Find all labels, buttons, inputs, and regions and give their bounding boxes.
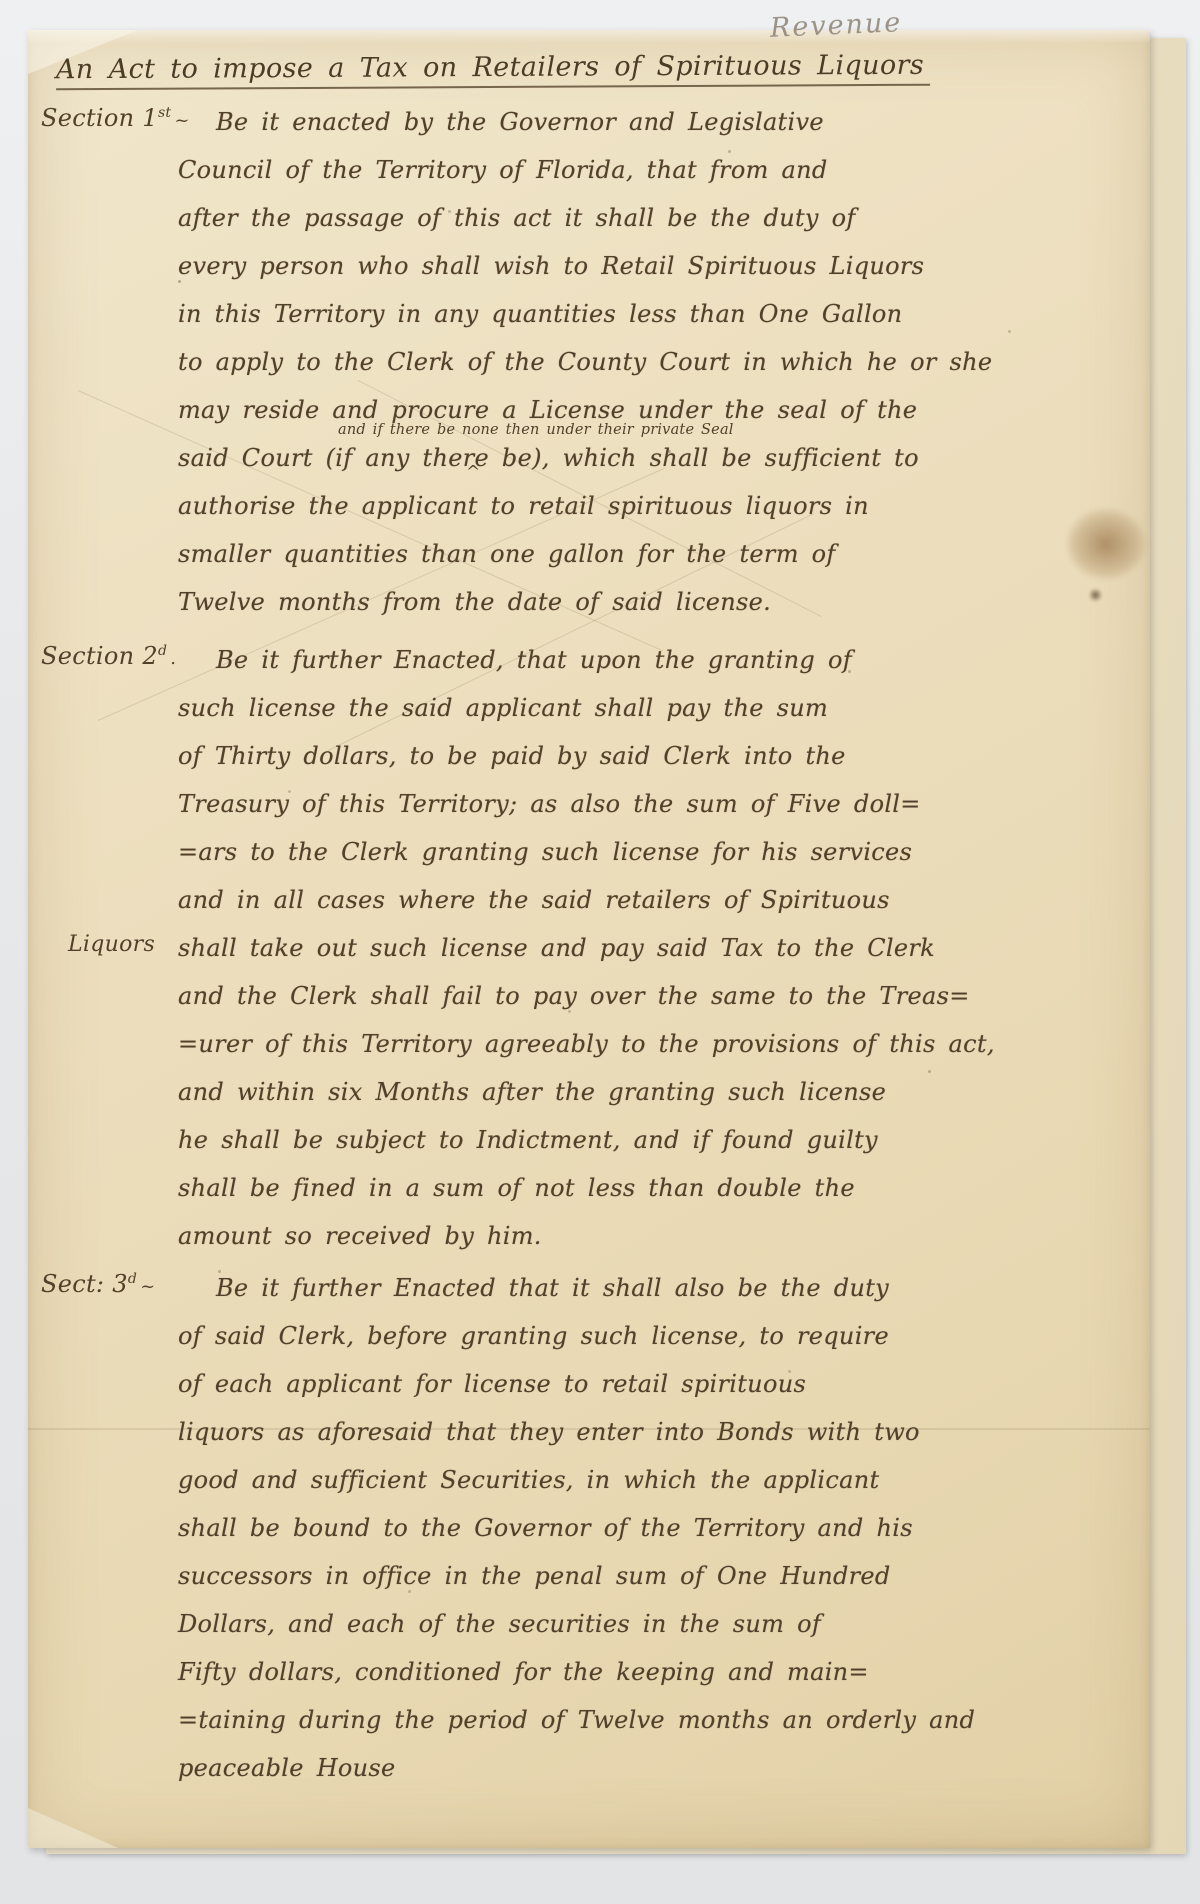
manuscript-line: and the Clerk shall fail to pay over the… <box>178 972 1150 1020</box>
manuscript-line: Be it further Enacted that it shall also… <box>178 1264 1150 1312</box>
section-label-ordinal: d <box>128 1271 137 1287</box>
manuscript-line: of Thirty dollars, to be paid by said Cl… <box>178 732 1150 780</box>
manuscript-line: of each applicant for license to retail … <box>178 1360 1150 1408</box>
manuscript-line: and within six Months after the granting… <box>178 1068 1150 1116</box>
document-title: An Act to impose a Tax on Retailers of S… <box>56 50 930 91</box>
section-label-number: 1 <box>142 104 158 132</box>
manuscript-line: amount so received by him. <box>178 1212 1150 1260</box>
manuscript-line: shall take out such license and pay said… <box>178 924 1150 972</box>
manuscript-line: Treasury of this Territory; as also the … <box>178 780 1150 828</box>
manuscript-content: An Act to impose a Tax on Retailers of S… <box>28 30 1150 1792</box>
manuscript-line: every person who shall wish to Retail Sp… <box>178 242 1150 290</box>
section-label-word: Section <box>41 104 134 132</box>
manuscript-line: Be it further Enacted, that upon the gra… <box>178 636 1150 684</box>
margin-note-liquors: Liquors <box>68 932 155 957</box>
manuscript-line: Dollars, and each of the securities in t… <box>178 1600 1150 1648</box>
manuscript-line: he shall be subject to Indictment, and i… <box>178 1116 1150 1164</box>
manuscript-line: said Court (if any there be), which shal… <box>178 434 1150 482</box>
manuscript-line: =urer of this Territory agreeably to the… <box>178 1020 1150 1068</box>
section-label-flourish: . <box>167 648 176 669</box>
section-3-lines: Be it further Enacted that it shall also… <box>178 1264 1150 1792</box>
section-label-word: Section <box>41 642 134 670</box>
bottom-left-fold <box>28 1808 118 1848</box>
manuscript-line: =ars to the Clerk granting such license … <box>178 828 1150 876</box>
manuscript-line: such license the said applicant shall pa… <box>178 684 1150 732</box>
section-label-flourish: ~ <box>171 110 189 131</box>
manuscript-line: of said Clerk, before granting such lice… <box>178 1312 1150 1360</box>
manuscript-line: peaceable House <box>178 1744 1150 1792</box>
manuscript-line: liquors as aforesaid that they enter int… <box>178 1408 1150 1456</box>
manuscript-line: Fifty dollars, conditioned for the keepi… <box>178 1648 1150 1696</box>
section-label-ordinal: d <box>158 643 167 659</box>
section-2-label: Section 2d. <box>41 642 176 670</box>
section-label-ordinal: st <box>158 105 171 121</box>
manuscript-line: shall be fined in a sum of not less than… <box>178 1164 1150 1212</box>
manuscript-line: successors in office in the penal sum of… <box>178 1552 1150 1600</box>
pencil-annotation-revenue: Revenue <box>769 7 903 44</box>
manuscript-line: smaller quantities than one gallon for t… <box>178 530 1150 578</box>
manuscript-line: authorise the applicant to retail spirit… <box>178 482 1150 530</box>
manuscript-line: =taining during the period of Twelve mon… <box>178 1696 1150 1744</box>
manuscript-line: Twelve months from the date of said lice… <box>178 578 1150 626</box>
section-3-label: Sect: 3d~ <box>41 1270 156 1298</box>
section-1: Section 1st~ Be it enacted by the Govern… <box>28 98 1150 626</box>
section-1-lines: Be it enacted by the Governor and Legisl… <box>178 98 1150 626</box>
manuscript-line: and in all cases where the said retailer… <box>178 876 1150 924</box>
section-label-number: 3 <box>112 1270 128 1298</box>
section-3: Sect: 3d~ Be it further Enacted that it … <box>28 1264 1150 1792</box>
manuscript-line: good and sufficient Securities, in which… <box>178 1456 1150 1504</box>
insertion-caret-mark: ^ <box>466 462 480 482</box>
section-label-number: 2 <box>142 642 158 670</box>
manuscript-page: An Act to impose a Tax on Retailers of S… <box>28 30 1150 1848</box>
manuscript-line: Be it enacted by the Governor and Legisl… <box>178 98 1150 146</box>
section-2-lines: Be it further Enacted, that upon the gra… <box>178 636 1150 1260</box>
manuscript-line: in this Territory in any quantities less… <box>178 290 1150 338</box>
section-label-word: Sect: <box>41 1270 104 1298</box>
manuscript-line: after the passage of this act it shall b… <box>178 194 1150 242</box>
section-label-flourish: ~ <box>137 1276 155 1297</box>
manuscript-line: to apply to the Clerk of the County Cour… <box>178 338 1150 386</box>
section-1-label: Section 1st~ <box>41 104 190 132</box>
manuscript-line: shall be bound to the Governor of the Te… <box>178 1504 1150 1552</box>
section-2: Section 2d. Liquors Be it further Enacte… <box>28 636 1150 1260</box>
manuscript-line: Council of the Territory of Florida, tha… <box>178 146 1150 194</box>
